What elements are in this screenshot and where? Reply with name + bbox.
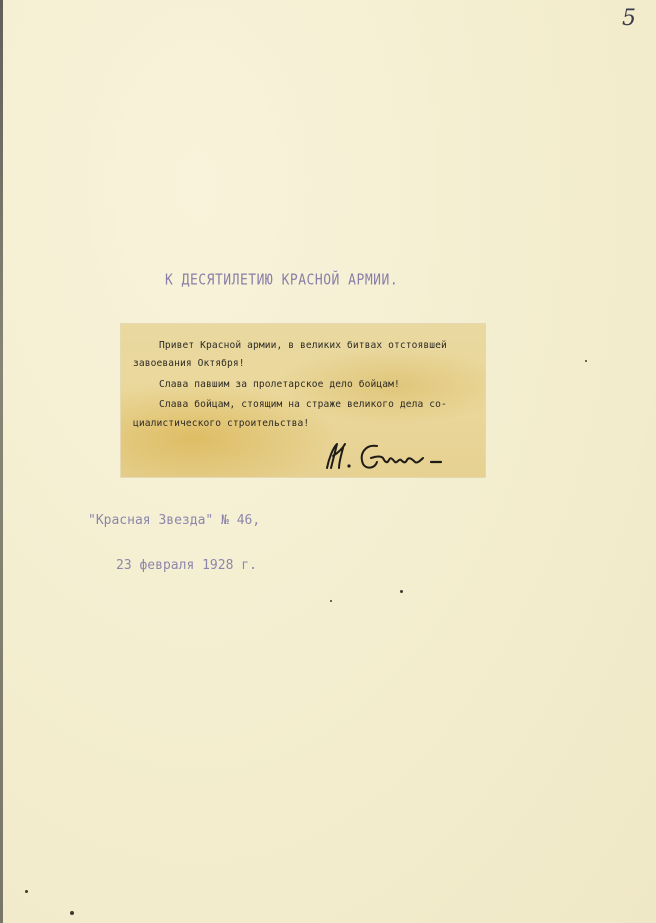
page-number: 5 <box>622 6 636 31</box>
source-stamp-line1: "Красная Звезда" № 46, <box>88 513 260 528</box>
paper-speck <box>330 600 332 602</box>
document-heading: К ДЕСЯТИЛЕТИЮ КРАСНОЙ АРМИИ. <box>165 272 398 289</box>
clipping-line: Слава павшим за пролетарское дело бойцам… <box>159 379 477 390</box>
source-stamp-line2: 23 февраля 1928 г. <box>88 558 260 573</box>
source-stamp: "Красная Звезда" № 46, 23 февраля 1928 г… <box>88 483 260 603</box>
document-page: 5 К ДЕСЯТИЛЕТИЮ КРАСНОЙ АРМИИ. Привет Кр… <box>0 0 656 923</box>
page-edge <box>0 0 3 923</box>
clipping-line: Привет Красной армии, в великих битвах о… <box>159 340 477 351</box>
clipping-line: циалистического строительства! <box>133 418 477 429</box>
paper-speck <box>70 911 74 915</box>
clipping-line: завоевания Октября! <box>133 358 477 369</box>
signature: И. Сталин <box>319 438 459 472</box>
newspaper-clipping: Привет Красной армии, в великих битвах о… <box>121 324 485 477</box>
clipping-line: Слава бойцам, стоящим на страже великого… <box>159 399 477 410</box>
paper-speck <box>25 890 28 893</box>
paper-speck <box>585 360 587 362</box>
paper-speck <box>400 590 403 593</box>
